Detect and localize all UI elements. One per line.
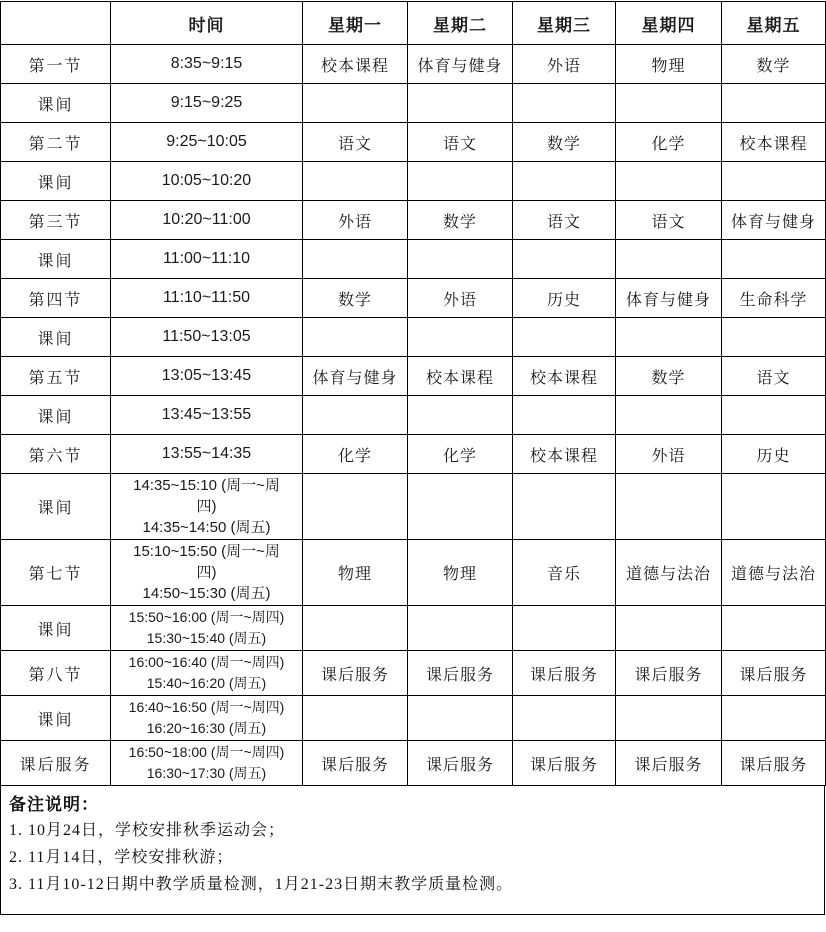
empty-cell: [722, 162, 826, 201]
empty-cell: [303, 606, 408, 651]
day-column-header: 星期三: [513, 2, 616, 45]
time-cell: 15:50~16:00 (周一~周四) 15:30~15:40 (周五): [111, 606, 303, 651]
break-row: 课间11:50~13:05: [1, 318, 826, 357]
empty-cell: [616, 318, 722, 357]
note-item-2: 2. 11月14日，学校安排秋游；: [9, 844, 816, 871]
time-cell: 11:50~13:05: [111, 318, 303, 357]
course-cell: 数学: [722, 45, 826, 84]
course-cell: 课后服务: [303, 741, 408, 786]
course-cell: 校本课程: [303, 45, 408, 84]
time-cell: 9:25~10:05: [111, 123, 303, 162]
class-row: 第七节15:10~15:50 (周一~周 四) 14:50~15:30 (周五)…: [1, 540, 826, 606]
course-cell: 课后服务: [722, 741, 826, 786]
course-cell: 课后服务: [408, 651, 513, 696]
class-row: 第四节11:10~11:50数学外语历史体育与健身生命科学: [1, 279, 826, 318]
course-cell: 语文: [303, 123, 408, 162]
empty-cell: [513, 240, 616, 279]
row-label: 课间: [1, 606, 111, 651]
row-label: 第七节: [1, 540, 111, 606]
empty-cell: [303, 318, 408, 357]
time-cell: 11:00~11:10: [111, 240, 303, 279]
empty-cell: [616, 162, 722, 201]
empty-cell: [722, 606, 826, 651]
course-cell: 道德与法治: [616, 540, 722, 606]
course-cell: 体育与健身: [616, 279, 722, 318]
course-cell: 校本课程: [513, 435, 616, 474]
course-cell: 数学: [408, 201, 513, 240]
time-cell: 16:00~16:40 (周一~周四) 15:40~16:20 (周五): [111, 651, 303, 696]
class-row: 第二节9:25~10:05语文语文数学化学校本课程: [1, 123, 826, 162]
course-cell: 外语: [408, 279, 513, 318]
row-label: 课间: [1, 318, 111, 357]
empty-cell: [303, 696, 408, 741]
empty-cell: [303, 240, 408, 279]
empty-cell: [722, 84, 826, 123]
course-cell: 课后服务: [616, 651, 722, 696]
row-label: 第二节: [1, 123, 111, 162]
class-row: 第八节16:00~16:40 (周一~周四) 15:40~16:20 (周五)课…: [1, 651, 826, 696]
empty-cell: [616, 474, 722, 540]
note-item-1: 1. 10月24日，学校安排秋季运动会；: [9, 817, 816, 844]
course-cell: 课后服务: [616, 741, 722, 786]
empty-cell: [513, 474, 616, 540]
row-label: 课间: [1, 696, 111, 741]
course-cell: 课后服务: [408, 741, 513, 786]
empty-cell: [513, 162, 616, 201]
corner-cell: [1, 2, 111, 45]
day-column-header: 星期二: [408, 2, 513, 45]
class-row: 第六节13:55~14:35化学化学校本课程外语历史: [1, 435, 826, 474]
empty-cell: [722, 696, 826, 741]
row-label: 课间: [1, 396, 111, 435]
course-cell: 校本课程: [408, 357, 513, 396]
day-column-header: 星期一: [303, 2, 408, 45]
course-cell: 化学: [408, 435, 513, 474]
time-cell: 11:10~11:50: [111, 279, 303, 318]
course-cell: 校本课程: [722, 123, 826, 162]
empty-cell: [408, 696, 513, 741]
class-row: 第五节13:05~13:45体育与健身校本课程校本课程数学语文: [1, 357, 826, 396]
course-cell: 物理: [616, 45, 722, 84]
empty-cell: [616, 606, 722, 651]
course-cell: 语文: [722, 357, 826, 396]
time-cell: 10:20~11:00: [111, 201, 303, 240]
empty-cell: [303, 84, 408, 123]
break-row: 课间16:40~16:50 (周一~周四) 16:20~16:30 (周五): [1, 696, 826, 741]
row-label: 课间: [1, 84, 111, 123]
empty-cell: [303, 474, 408, 540]
row-label: 第一节: [1, 45, 111, 84]
empty-cell: [722, 474, 826, 540]
time-cell: 13:55~14:35: [111, 435, 303, 474]
time-cell: 15:10~15:50 (周一~周 四) 14:50~15:30 (周五): [111, 540, 303, 606]
empty-cell: [408, 606, 513, 651]
time-cell: 9:15~9:25: [111, 84, 303, 123]
time-cell: 8:35~9:15: [111, 45, 303, 84]
course-cell: 课后服务: [303, 651, 408, 696]
course-cell: 数学: [616, 357, 722, 396]
empty-cell: [408, 396, 513, 435]
course-cell: 外语: [303, 201, 408, 240]
empty-cell: [722, 240, 826, 279]
course-cell: 体育与健身: [722, 201, 826, 240]
timetable: 时间星期一星期二星期三星期四星期五 第一节8:35~9:15校本课程体育与健身外…: [0, 1, 826, 786]
time-cell: 10:05~10:20: [111, 162, 303, 201]
course-cell: 生命科学: [722, 279, 826, 318]
empty-cell: [513, 84, 616, 123]
time-cell: 16:50~18:00 (周一~周四) 16:30~17:30 (周五): [111, 741, 303, 786]
course-cell: 物理: [408, 540, 513, 606]
timetable-body: 第一节8:35~9:15校本课程体育与健身外语物理数学课间9:15~9:25第二…: [1, 45, 826, 786]
empty-cell: [303, 162, 408, 201]
class-row: 课后服务16:50~18:00 (周一~周四) 16:30~17:30 (周五)…: [1, 741, 826, 786]
course-cell: 课后服务: [513, 651, 616, 696]
empty-cell: [722, 396, 826, 435]
time-column-header: 时间: [111, 2, 303, 45]
day-column-header: 星期五: [722, 2, 826, 45]
notes-title: 备注说明：: [9, 792, 816, 817]
course-cell: 化学: [303, 435, 408, 474]
course-cell: 音乐: [513, 540, 616, 606]
empty-cell: [303, 396, 408, 435]
row-label: 课后服务: [1, 741, 111, 786]
break-row: 课间9:15~9:25: [1, 84, 826, 123]
empty-cell: [616, 396, 722, 435]
course-cell: 体育与健身: [408, 45, 513, 84]
break-row: 课间10:05~10:20: [1, 162, 826, 201]
day-column-header: 星期四: [616, 2, 722, 45]
row-label: 第三节: [1, 201, 111, 240]
empty-cell: [408, 162, 513, 201]
empty-cell: [408, 474, 513, 540]
course-cell: 体育与健身: [303, 357, 408, 396]
empty-cell: [513, 696, 616, 741]
header-row: 时间星期一星期二星期三星期四星期五: [1, 2, 826, 45]
time-cell: 13:05~13:45: [111, 357, 303, 396]
break-row: 课间11:00~11:10: [1, 240, 826, 279]
empty-cell: [513, 396, 616, 435]
course-cell: 课后服务: [722, 651, 826, 696]
time-cell: 16:40~16:50 (周一~周四) 16:20~16:30 (周五): [111, 696, 303, 741]
row-label: 第五节: [1, 357, 111, 396]
break-row: 课间13:45~13:55: [1, 396, 826, 435]
course-cell: 语文: [408, 123, 513, 162]
empty-cell: [408, 240, 513, 279]
timetable-sheet: 时间星期一星期二星期三星期四星期五 第一节8:35~9:15校本课程体育与健身外…: [0, 0, 826, 932]
empty-cell: [408, 84, 513, 123]
course-cell: 数学: [303, 279, 408, 318]
row-label: 第八节: [1, 651, 111, 696]
course-cell: 语文: [513, 201, 616, 240]
course-cell: 校本课程: [513, 357, 616, 396]
time-cell: 14:35~15:10 (周一~周 四) 14:35~14:50 (周五): [111, 474, 303, 540]
break-row: 课间15:50~16:00 (周一~周四) 15:30~15:40 (周五): [1, 606, 826, 651]
break-row: 课间14:35~15:10 (周一~周 四) 14:35~14:50 (周五): [1, 474, 826, 540]
course-cell: 数学: [513, 123, 616, 162]
empty-cell: [722, 318, 826, 357]
empty-cell: [616, 84, 722, 123]
time-cell: 13:45~13:55: [111, 396, 303, 435]
course-cell: 外语: [616, 435, 722, 474]
row-label: 课间: [1, 162, 111, 201]
course-cell: 历史: [722, 435, 826, 474]
row-label: 课间: [1, 240, 111, 279]
course-cell: 物理: [303, 540, 408, 606]
course-cell: 道德与法治: [722, 540, 826, 606]
course-cell: 语文: [616, 201, 722, 240]
empty-cell: [513, 606, 616, 651]
course-cell: 课后服务: [513, 741, 616, 786]
empty-cell: [616, 240, 722, 279]
note-item-3: 3. 11月10-12日期中教学质量检测，1月21-23日期末教学质量检测。: [9, 871, 816, 898]
class-row: 第一节8:35~9:15校本课程体育与健身外语物理数学: [1, 45, 826, 84]
class-row: 第三节10:20~11:00外语数学语文语文体育与健身: [1, 201, 826, 240]
course-cell: 历史: [513, 279, 616, 318]
notes-section: 备注说明： 1. 10月24日，学校安排秋季运动会； 2. 11月14日，学校安…: [0, 786, 825, 915]
course-cell: 化学: [616, 123, 722, 162]
row-label: 第六节: [1, 435, 111, 474]
row-label: 第四节: [1, 279, 111, 318]
empty-cell: [616, 696, 722, 741]
row-label: 课间: [1, 474, 111, 540]
empty-cell: [408, 318, 513, 357]
empty-cell: [513, 318, 616, 357]
course-cell: 外语: [513, 45, 616, 84]
